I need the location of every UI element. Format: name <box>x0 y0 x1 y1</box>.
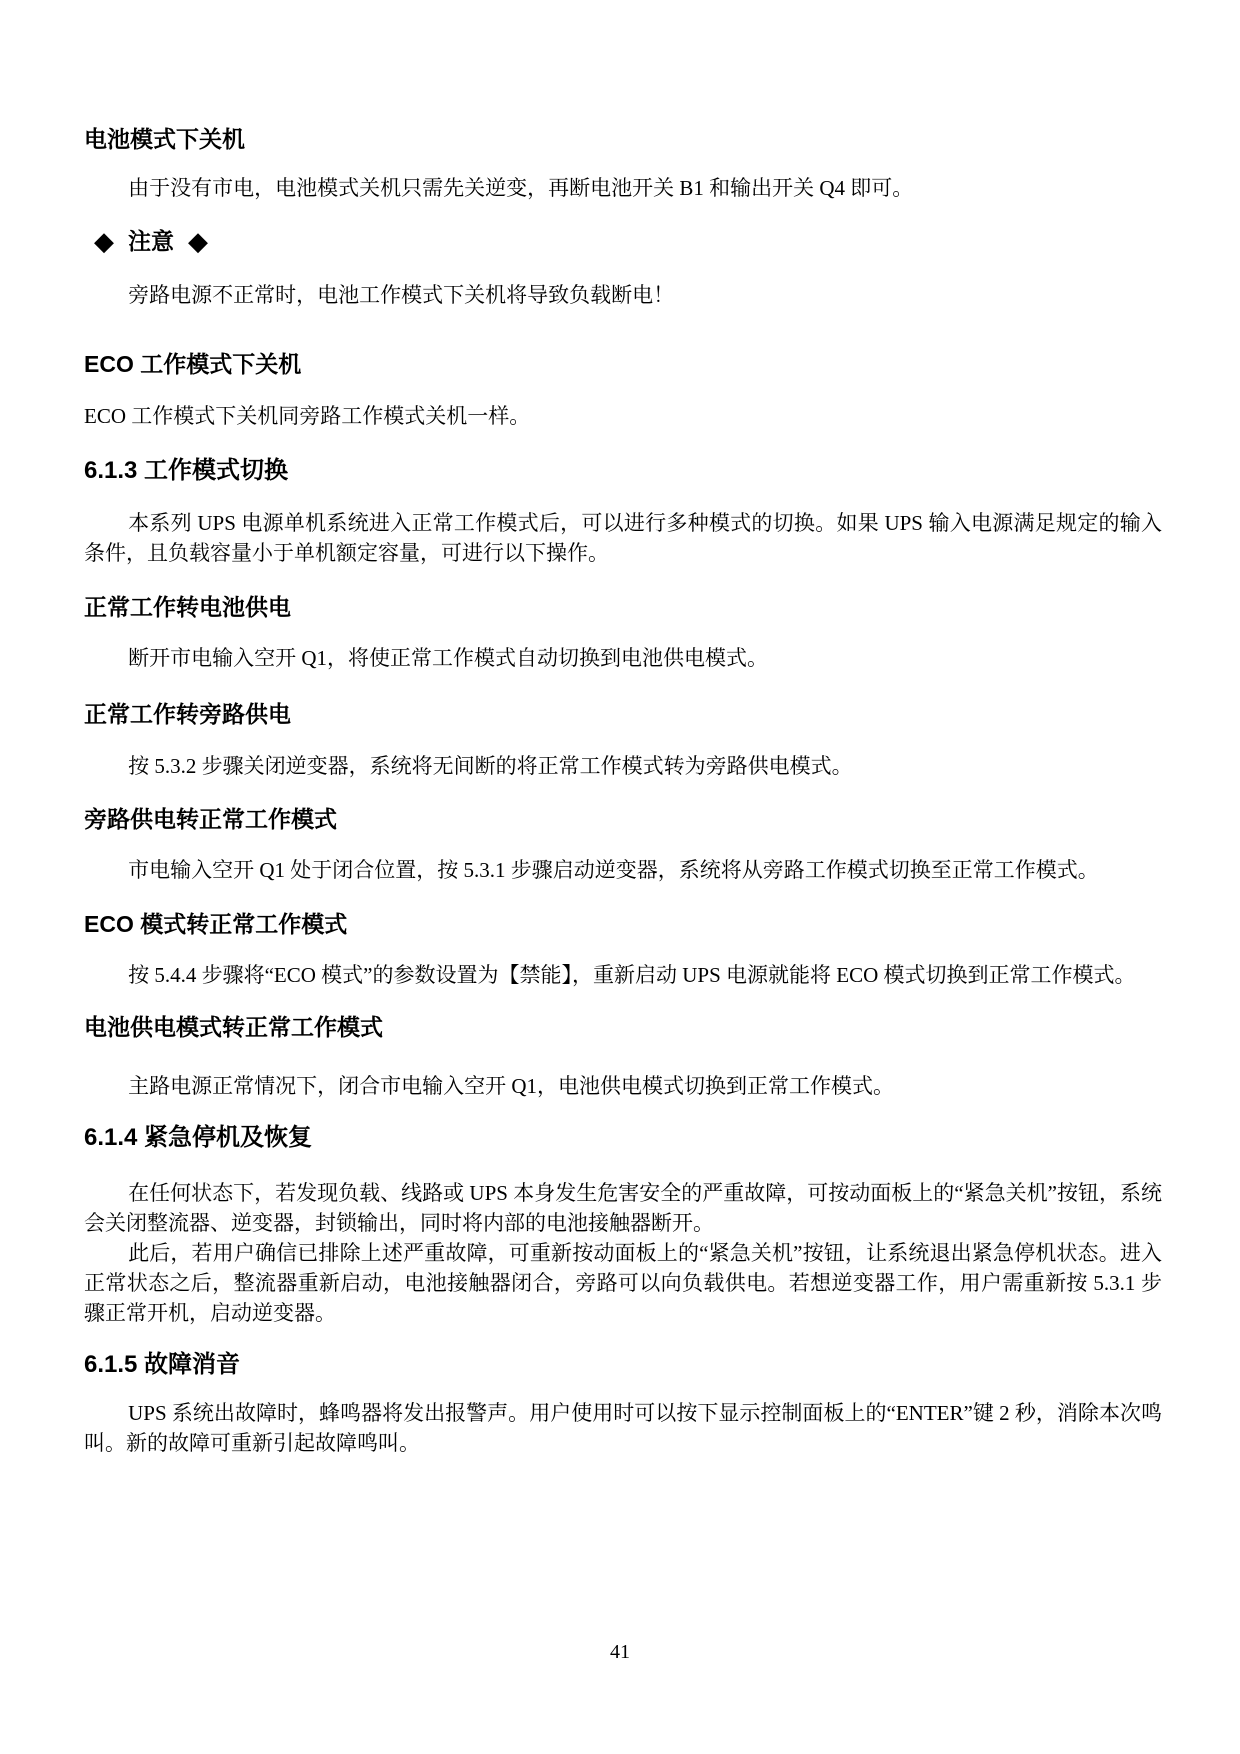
notice-line: ◆ 注意 ◆ <box>84 225 1162 257</box>
heading-6-1-3: 6.1.3 工作模式切换 <box>84 454 1162 488</box>
paragraph: 按 5.3.2 步骤关闭逆变器，系统将无间断的将正常工作模式转为旁路供电模式。 <box>84 751 1162 781</box>
heading-eco-to-normal: ECO 模式转正常工作模式 <box>84 908 1162 940</box>
paragraph: 在任何状态下，若发现负载、线路或 UPS 本身发生危害安全的严重故障，可按动面板… <box>84 1178 1162 1238</box>
paragraph: 由于没有市电，电池模式关机只需先关逆变，再断电池开关 B1 和输出开关 Q4 即… <box>84 173 1162 203</box>
heading-battery-to-normal: 电池供电模式转正常工作模式 <box>84 1011 1162 1043</box>
paragraph: UPS 系统出故障时，蜂鸣器将发出报警声。用户使用时可以按下显示控制面板上的“E… <box>84 1398 1162 1458</box>
paragraph: 此后，若用户确信已排除上述严重故障，可重新按动面板上的“紧急关机”按钮，让系统退… <box>84 1238 1162 1328</box>
paragraph: 本系列 UPS 电源单机系统进入正常工作模式后，可以进行多种模式的切换。如果 U… <box>84 508 1162 568</box>
heading-battery-mode-shutdown: 电池模式下关机 <box>84 123 1162 155</box>
paragraph: 断开市电输入空开 Q1，将使正常工作模式自动切换到电池供电模式。 <box>84 643 1162 673</box>
heading-bypass-to-normal: 旁路供电转正常工作模式 <box>84 803 1162 835</box>
heading-normal-to-battery: 正常工作转电池供电 <box>84 591 1162 623</box>
notice-label: 注意 <box>128 225 174 257</box>
diamond-icon: ◆ <box>188 225 208 257</box>
paragraph: 旁路电源不正常时，电池工作模式下关机将导致负载断电！ <box>84 280 1162 310</box>
heading-6-1-5: 6.1.5 故障消音 <box>84 1348 1162 1382</box>
heading-eco-mode-shutdown: ECO 工作模式下关机 <box>84 348 1162 380</box>
document-content: 电池模式下关机 由于没有市电，电池模式关机只需先关逆变，再断电池开关 B1 和输… <box>84 0 1162 1458</box>
paragraph: 市电输入空开 Q1 处于闭合位置，按 5.3.1 步骤启动逆变器，系统将从旁路工… <box>84 855 1162 885</box>
paragraph: 按 5.4.4 步骤将“ECO 模式”的参数设置为【禁能】，重新启动 UPS 电… <box>84 960 1162 990</box>
paragraph: 主路电源正常情况下，闭合市电输入空开 Q1，电池供电模式切换到正常工作模式。 <box>84 1071 1162 1101</box>
heading-6-1-4: 6.1.4 紧急停机及恢复 <box>84 1121 1162 1155</box>
document-page: 电池模式下关机 由于没有市电，电池模式关机只需先关逆变，再断电池开关 B1 和输… <box>0 0 1240 1754</box>
paragraph: ECO 工作模式下关机同旁路工作模式关机一样。 <box>84 401 1162 431</box>
page-number: 41 <box>0 1641 1240 1664</box>
heading-normal-to-bypass: 正常工作转旁路供电 <box>84 698 1162 730</box>
diamond-icon: ◆ <box>94 225 114 257</box>
